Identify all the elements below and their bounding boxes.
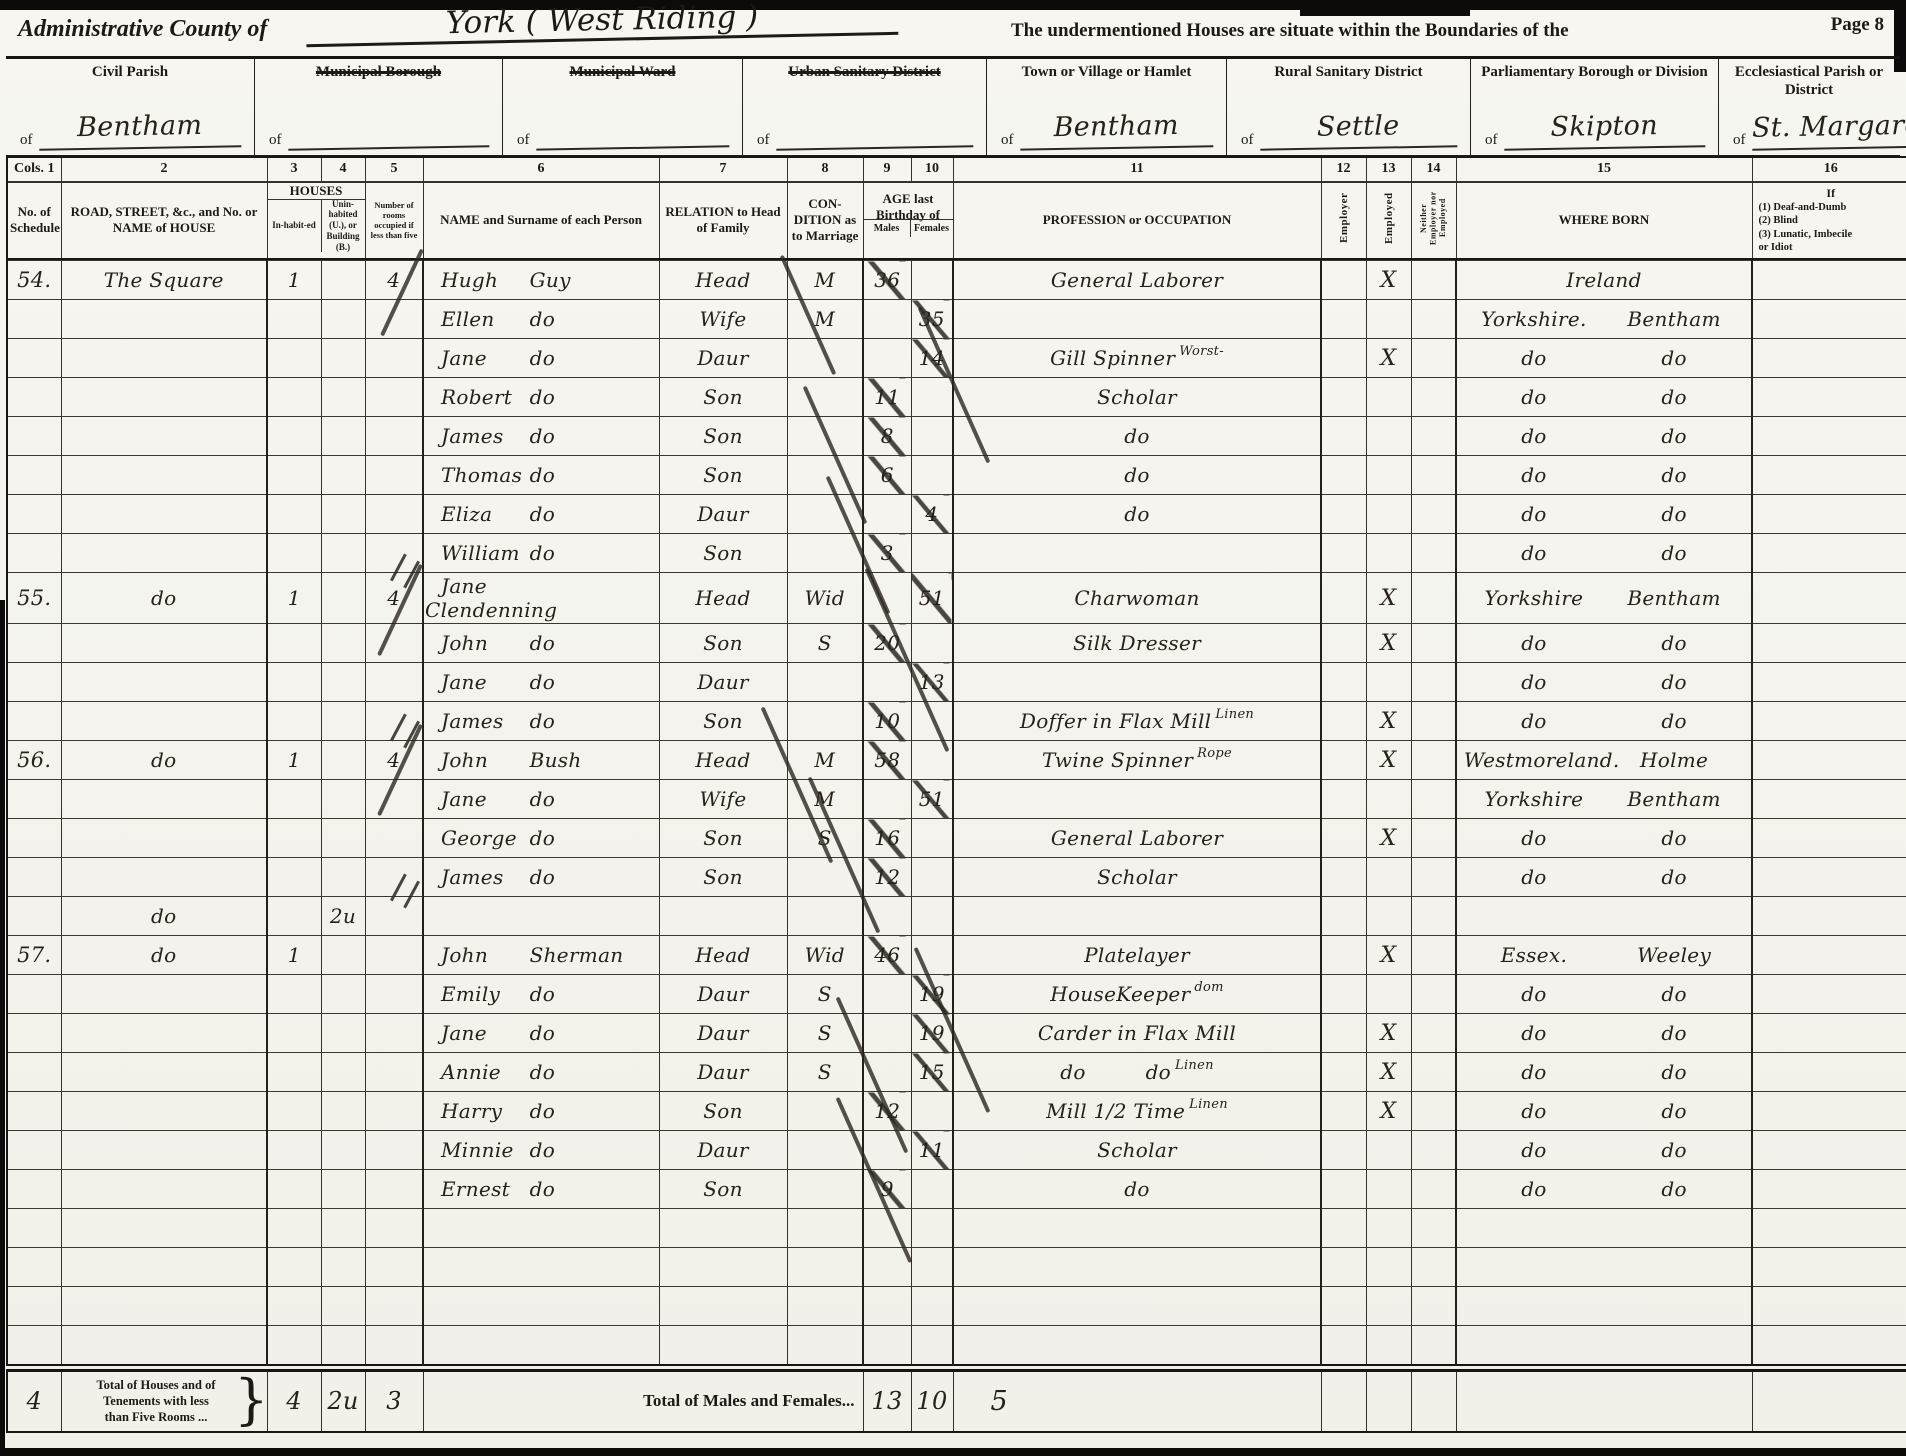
cell-rooms [365, 1131, 423, 1170]
cell-employed [1366, 1170, 1411, 1209]
header-houses: HOUSESIn-habit-edUnin-habited (U.), or B… [267, 182, 365, 259]
cell-age-male [863, 897, 911, 936]
cell-age-female [911, 1170, 953, 1209]
cell-schedule [7, 624, 61, 663]
cell-age-female [911, 1092, 953, 1131]
cell-rooms [365, 780, 423, 819]
cell-age-female [911, 624, 953, 663]
cell-rooms [365, 339, 423, 378]
cell-name: Elizado [423, 495, 659, 534]
cell-condition [787, 378, 863, 417]
cell-employed: X [1366, 624, 1411, 663]
cell-schedule [7, 1209, 61, 1248]
district-label: Parliamentary Borough or Division [1471, 63, 1718, 81]
cell-employed: X [1366, 936, 1411, 975]
cell-name: Harrydo [423, 1092, 659, 1131]
cell-employer [1321, 261, 1366, 300]
cell-name: Williamdo [423, 534, 659, 573]
cell-inhabited [267, 1209, 321, 1248]
cell-age-female [911, 741, 953, 780]
cell-schedule [7, 1092, 61, 1131]
cell-infirmity [1752, 1326, 1906, 1365]
cell-occupation [953, 1248, 1321, 1287]
cell-relation: Son [659, 456, 787, 495]
district-label: Urban Sanitary District [743, 63, 986, 81]
cell-neither [1411, 1053, 1456, 1092]
cell-relation: Son [659, 417, 787, 456]
header-rooms: Number of rooms occupied if less than fi… [365, 182, 423, 259]
cell-relation: Son [659, 858, 787, 897]
cell-where-born: dodo [1456, 495, 1752, 534]
district-value: Settle [1259, 109, 1456, 150]
cell-where-born: Westmoreland.Holme [1456, 741, 1752, 780]
scan-artifact [0, 600, 5, 1450]
admin-header: Administrative County of York ( West Rid… [6, 8, 1900, 54]
cell-relation [659, 1248, 787, 1287]
cell-road: do [61, 573, 267, 624]
cell-schedule: 57. [7, 936, 61, 975]
cell-condition [787, 1092, 863, 1131]
cell-occupation: Gill SpinnerWorst- [953, 339, 1321, 378]
cell-where-born: dodo [1456, 456, 1752, 495]
cell-neither [1411, 534, 1456, 573]
cell-condition [787, 858, 863, 897]
cell-age-male [863, 573, 911, 624]
cell-condition [787, 456, 863, 495]
cell-road [61, 534, 267, 573]
cell-inhabited [267, 1248, 321, 1287]
cell-relation: Son [659, 702, 787, 741]
cell-employed: X [1366, 702, 1411, 741]
cell-age-male [863, 1014, 911, 1053]
cell-neither [1411, 1209, 1456, 1248]
cell-inhabited [267, 1287, 321, 1326]
cell-employed [1366, 378, 1411, 417]
cell-schedule [7, 456, 61, 495]
cell-age-female [911, 261, 953, 300]
cell-occupation: do [953, 417, 1321, 456]
column-number: 16 [1752, 157, 1906, 181]
cell-neither [1411, 1248, 1456, 1287]
cell-age-female: 35 [911, 300, 953, 339]
cell-age-female [911, 1326, 953, 1365]
district-box: Ecclesiastical Parish or DistrictofSt. M… [1718, 59, 1899, 155]
cell-road [61, 300, 267, 339]
table-row: ThomasdoSon6dododo [7, 456, 1906, 495]
cell-employed: X [1366, 1014, 1411, 1053]
cell-age-female: 11 [911, 1131, 953, 1170]
header-relation: RELATION to Head of Family [659, 182, 787, 259]
cell-age-male [863, 1053, 911, 1092]
cell-uninhabited [321, 624, 365, 663]
cell-age-male: 16 [863, 819, 911, 858]
totals-females: 10 [911, 1370, 953, 1432]
cell-occupation: General Laborer [953, 261, 1321, 300]
cell-employed [1366, 417, 1411, 456]
cell-age-female [911, 702, 953, 741]
cell-occupation: Charwoman [953, 573, 1321, 624]
table-row: 57.do1JohnShermanHeadWid46PlatelayerXEss… [7, 936, 1906, 975]
cell-rooms: 4 [365, 573, 423, 624]
cell-neither [1411, 624, 1456, 663]
cell-infirmity [1752, 624, 1906, 663]
cell-infirmity [1752, 819, 1906, 858]
cell-employed [1366, 534, 1411, 573]
cell-age-female: 51 [911, 573, 953, 624]
district-box: Urban Sanitary Districtof [742, 59, 986, 155]
cell-employed [1366, 1326, 1411, 1365]
district-value: Bentham [1019, 109, 1212, 150]
cell-employed: X [1366, 573, 1411, 624]
cell-age-male: 20 [863, 624, 911, 663]
cell-neither [1411, 1014, 1456, 1053]
cell-employer [1321, 936, 1366, 975]
header-employer: Employer [1321, 182, 1366, 259]
cell-occupation [953, 1326, 1321, 1365]
cell-relation: Daur [659, 1014, 787, 1053]
cell-age-male [863, 1287, 911, 1326]
cell-where-born: dodo [1456, 417, 1752, 456]
cell-occupation: HouseKeeperdom [953, 975, 1321, 1014]
cell-age-male: 3 [863, 534, 911, 573]
cell-condition: Wid [787, 573, 863, 624]
cell-employer [1321, 300, 1366, 339]
cell-road [61, 858, 267, 897]
cell-name: Janedo [423, 1014, 659, 1053]
column-header-row: No. of ScheduleROAD, STREET, &c., and No… [7, 182, 1906, 259]
cell-road [61, 1053, 267, 1092]
cell-schedule [7, 1287, 61, 1326]
district-label: Municipal Borough [255, 63, 502, 81]
cell-uninhabited [321, 1248, 365, 1287]
cell-rooms [365, 378, 423, 417]
cell-uninhabited [321, 1014, 365, 1053]
cell-road [61, 780, 267, 819]
cell-uninhabited [321, 456, 365, 495]
cell-uninhabited [321, 495, 365, 534]
cell-name: Minniedo [423, 1131, 659, 1170]
cell-uninhabited [321, 702, 365, 741]
cell-where-born: Essex.Weeley [1456, 936, 1752, 975]
table-row: WilliamdoSon3dodo [7, 534, 1906, 573]
cell-rooms [365, 1014, 423, 1053]
district-box: Municipal Wardof [502, 59, 742, 155]
cell-employer [1321, 1326, 1366, 1365]
cell-infirmity [1752, 534, 1906, 573]
cell-occupation: Twine SpinnerRope [953, 741, 1321, 780]
cell-employed [1366, 456, 1411, 495]
district-of-label: of [1001, 132, 1014, 149]
totals-table: 4Total of Houses and ofTenements with le… [6, 1369, 1906, 1434]
cell-road [61, 378, 267, 417]
table-row: JamesdoSon10Doffer in Flax MillLinenXdod… [7, 702, 1906, 741]
header-neither: Neither Employer nor Employed [1411, 182, 1456, 259]
cell-name: Ernestdo [423, 1170, 659, 1209]
cell-neither [1411, 975, 1456, 1014]
table-row: do2u [7, 897, 1906, 936]
cell-employed [1366, 663, 1411, 702]
table-row: JanedoDaur14Gill SpinnerWorst-Xdodo [7, 339, 1906, 378]
cell-employer [1321, 702, 1366, 741]
cell-infirmity [1752, 300, 1906, 339]
cell-age-female [911, 897, 953, 936]
district-label: Rural Sanitary District [1227, 63, 1470, 81]
cell-relation: Son [659, 1092, 787, 1131]
header-infirmity: If(1) Deaf-and-Dumb(2) Blind(3) Lunatic,… [1752, 182, 1906, 259]
column-number: 15 [1456, 157, 1752, 181]
cell-neither [1411, 1131, 1456, 1170]
table-row: JamesdoSon8dododo [7, 417, 1906, 456]
table-row: JamesdoSon12Scholardodo [7, 858, 1906, 897]
cell-neither [1411, 819, 1456, 858]
admin-county-label: Administrative County of [18, 16, 267, 43]
cell-where-born: dodo [1456, 702, 1752, 741]
district-box: Rural Sanitary DistrictofSettle [1226, 59, 1470, 155]
cell-employed [1366, 1248, 1411, 1287]
cell-where-born [1456, 1326, 1752, 1365]
cell-occupation [953, 897, 1321, 936]
column-number: 10 [911, 157, 953, 181]
cell-name: Jamesdo [423, 702, 659, 741]
column-number: 9 [863, 157, 911, 181]
cell-where-born: dodo [1456, 1092, 1752, 1131]
cell-employed [1366, 495, 1411, 534]
cell-infirmity [1752, 339, 1906, 378]
cell-rooms [365, 1209, 423, 1248]
cell-occupation [953, 534, 1321, 573]
district-value [775, 109, 972, 150]
cell-rooms [365, 1092, 423, 1131]
district-value: Skipton [1503, 109, 1704, 150]
cell-name [423, 1248, 659, 1287]
cell-inhabited [267, 300, 321, 339]
cell-schedule [7, 1248, 61, 1287]
cell-uninhabited [321, 1209, 365, 1248]
cell-name: Jamesdo [423, 417, 659, 456]
cell-rooms: 4 [365, 741, 423, 780]
district-of-label: of [1485, 132, 1498, 149]
cell-schedule: 54. [7, 261, 61, 300]
cell-employer [1321, 1248, 1366, 1287]
table-row [7, 1287, 1906, 1326]
brace-glyph: } [234, 1368, 268, 1432]
cell-occupation: Scholar [953, 378, 1321, 417]
cell-employed [1366, 1131, 1411, 1170]
table-row: 55.do14JaneClendenningHeadWid51Charwoman… [7, 573, 1906, 624]
cell-relation: Head [659, 261, 787, 300]
cell-age-male [863, 975, 911, 1014]
cell-neither [1411, 495, 1456, 534]
cell-occupation: do [953, 1170, 1321, 1209]
cell-rooms [365, 663, 423, 702]
cell-age-male [863, 1248, 911, 1287]
table-row: GeorgedoSonS16General LaborerXdodo [7, 819, 1906, 858]
cell-where-born: dodo [1456, 1053, 1752, 1092]
totals-inhabited: 4 [267, 1370, 321, 1432]
column-headers-table: No. of ScheduleROAD, STREET, &c., and No… [6, 182, 1906, 261]
district-of-label: of [269, 132, 282, 149]
cell-schedule [7, 495, 61, 534]
header-inhabited: In-habit-ed [268, 200, 322, 252]
cell-schedule [7, 858, 61, 897]
cell-employed: X [1366, 1092, 1411, 1131]
cell-schedule [7, 1170, 61, 1209]
cell-road [61, 1248, 267, 1287]
cell-employer [1321, 1209, 1366, 1248]
cell-uninhabited [321, 858, 365, 897]
cell-infirmity [1752, 495, 1906, 534]
table-row: JanedoDaur13dodo [7, 663, 1906, 702]
cell-condition [787, 495, 863, 534]
table-row: RobertdoSon11Scholardodo [7, 378, 1906, 417]
cell-occupation: do doLinen [953, 1053, 1321, 1092]
cell-inhabited [267, 1092, 321, 1131]
cell-condition: S [787, 1053, 863, 1092]
cell-employed: X [1366, 741, 1411, 780]
cell-infirmity [1752, 378, 1906, 417]
cell-name: Janedo [423, 663, 659, 702]
cell-name: Emilydo [423, 975, 659, 1014]
cell-employer [1321, 573, 1366, 624]
district-value [287, 109, 488, 150]
cell-name [423, 1209, 659, 1248]
cell-relation: Son [659, 534, 787, 573]
cell-age-male [863, 339, 911, 378]
cell-infirmity [1752, 573, 1906, 624]
district-label: Ecclesiastical Parish or District [1719, 63, 1899, 99]
district-boxes: Civil ParishofBenthamMunicipal Boroughof… [6, 56, 1900, 157]
cell-inhabited [267, 534, 321, 573]
cell-age-female: 13 [911, 663, 953, 702]
cell-employer [1321, 663, 1366, 702]
column-number: 5 [365, 157, 423, 181]
cell-age-female [911, 417, 953, 456]
cell-neither [1411, 1092, 1456, 1131]
cell-where-born: dodo [1456, 858, 1752, 897]
cell-neither [1411, 456, 1456, 495]
cell-inhabited [267, 1053, 321, 1092]
totals-schedule: 4 [7, 1370, 61, 1432]
column-number: 14 [1411, 157, 1456, 181]
cell-road [61, 663, 267, 702]
cell-infirmity [1752, 417, 1906, 456]
cell-schedule: 55. [7, 573, 61, 624]
cell-infirmity [1752, 936, 1906, 975]
cell-inhabited [267, 897, 321, 936]
header-where-born: WHERE BORN [1456, 182, 1752, 259]
cell-uninhabited [321, 1326, 365, 1365]
cell-road: do [61, 936, 267, 975]
cell-relation: Son [659, 624, 787, 663]
cell-name: JohnSherman [423, 936, 659, 975]
undermentioned-text: The undermentioned Houses are situate wi… [1011, 20, 1569, 42]
cell-infirmity [1752, 1170, 1906, 1209]
cell-name: Anniedo [423, 1053, 659, 1092]
cell-relation: Son [659, 819, 787, 858]
column-number: 13 [1366, 157, 1411, 181]
cell-age-female [911, 534, 953, 573]
cell-age-male [863, 1326, 911, 1365]
cell-name: Robertdo [423, 378, 659, 417]
cell-employer [1321, 624, 1366, 663]
cell-schedule [7, 780, 61, 819]
district-box: Parliamentary Borough or DivisionofSkipt… [1470, 59, 1718, 155]
cell-road: do [61, 897, 267, 936]
cell-employer [1321, 1053, 1366, 1092]
cell-employer [1321, 378, 1366, 417]
cell-neither [1411, 417, 1456, 456]
cell-age-male: 11 [863, 378, 911, 417]
cell-rooms [365, 1287, 423, 1326]
cell-relation: Daur [659, 339, 787, 378]
cell-neither [1411, 663, 1456, 702]
cell-employer [1321, 1092, 1366, 1131]
cell-road [61, 1209, 267, 1248]
cell-name: Ellendo [423, 300, 659, 339]
cell-occupation: do [953, 495, 1321, 534]
totals-tick: 5 [953, 1370, 1321, 1432]
cell-where-born [1456, 1287, 1752, 1326]
cell-rooms [365, 858, 423, 897]
header-name: NAME and Surname of each Person [423, 182, 659, 259]
cell-uninhabited [321, 663, 365, 702]
cell-condition [787, 339, 863, 378]
district-of-label: of [1733, 132, 1746, 149]
cell-age-male: 36 [863, 261, 911, 300]
cell-inhabited [267, 663, 321, 702]
totals-males-females-label: Total of Males and Females... [423, 1370, 863, 1432]
census-page: Administrative County of York ( West Rid… [0, 0, 1906, 1456]
cell-condition: M [787, 780, 863, 819]
cell-uninhabited [321, 378, 365, 417]
cell-infirmity [1752, 1209, 1906, 1248]
cell-neither [1411, 1326, 1456, 1365]
cell-inhabited [267, 1326, 321, 1365]
cell-rooms [365, 456, 423, 495]
totals-males: 13 [863, 1370, 911, 1432]
cell-employer [1321, 858, 1366, 897]
cell-employer [1321, 1170, 1366, 1209]
cell-relation: Daur [659, 495, 787, 534]
cell-neither [1411, 300, 1456, 339]
column-numbers-table: Cols. 12345678910111213141516 [6, 156, 1906, 182]
cell-employed [1366, 1209, 1411, 1248]
cell-condition: S [787, 1014, 863, 1053]
cell-employed: X [1366, 339, 1411, 378]
table-row: MinniedoDaur11Scholardodo [7, 1131, 1906, 1170]
cell-road [61, 1014, 267, 1053]
cell-schedule [7, 534, 61, 573]
table-row: EmilydoDaurS19HouseKeeperdomdodo [7, 975, 1906, 1014]
table-row: ElizadoDaur4dododo [7, 495, 1906, 534]
cell-inhabited: 1 [267, 261, 321, 300]
cell-uninhabited [321, 975, 365, 1014]
cell-infirmity [1752, 975, 1906, 1014]
cell-occupation: General Laborer [953, 819, 1321, 858]
cell-age-female [911, 936, 953, 975]
cell-age-male [863, 1131, 911, 1170]
cell-schedule [7, 702, 61, 741]
cell-inhabited [267, 456, 321, 495]
cell-inhabited [267, 417, 321, 456]
cell-condition [787, 1326, 863, 1365]
cell-road [61, 417, 267, 456]
cell-occupation: Carder in Flax Mill [953, 1014, 1321, 1053]
cell-condition [787, 1287, 863, 1326]
cell-infirmity [1752, 897, 1906, 936]
cell-rooms [365, 624, 423, 663]
cell-neither [1411, 780, 1456, 819]
